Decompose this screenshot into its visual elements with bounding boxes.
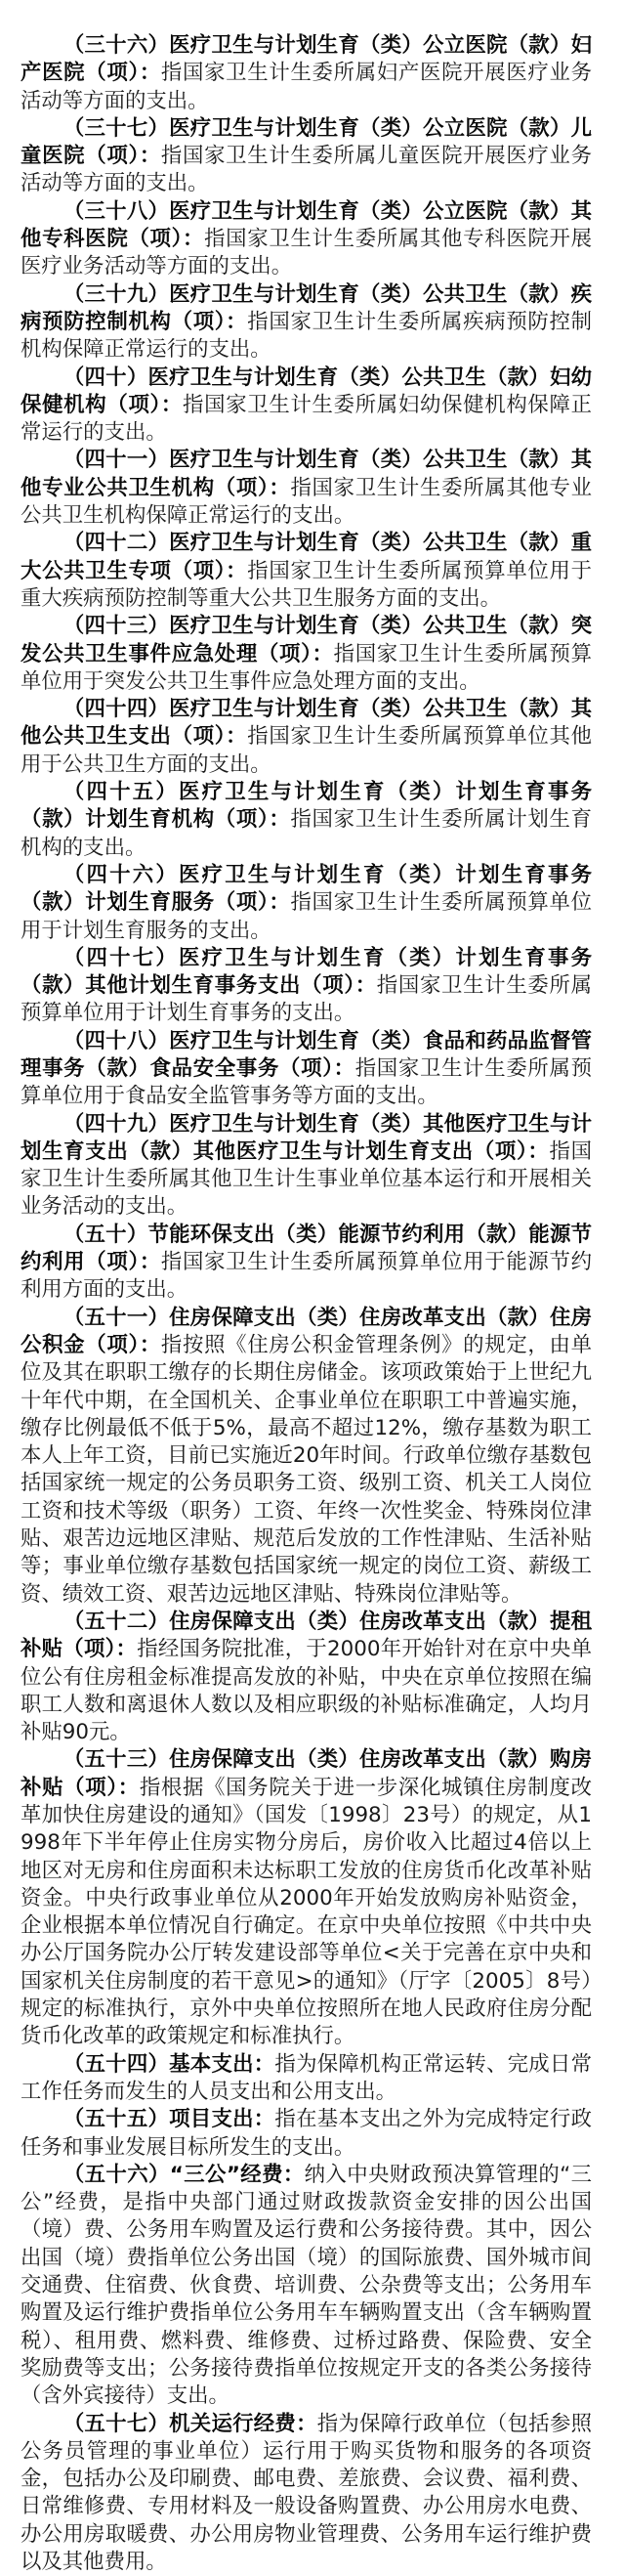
paragraph-38-other-specialty-hospital: （三十八）医疗卫生与计划生育（类）公立医院（款）其他专科医院（项）：指国家卫生计… <box>21 198 592 281</box>
document-body: （三十六）医疗卫生与计划生育（类）公立医院（款）妇产医院（项）：指国家卫生计生委… <box>21 32 592 2576</box>
paragraph-37-children-hospital: （三十七）医疗卫生与计划生育（类）公立医院（款）儿童医院（项）：指国家卫生计生委… <box>21 115 592 198</box>
paragraph-50-energy-conservation: （五十）节能环保支出（类）能源节约利用（款）能源节约利用（项）：指国家卫生计生委… <box>21 1222 592 1305</box>
paragraph-heading: （五十四）基本支出： <box>63 2052 275 2077</box>
paragraph-heading: （四十九）医疗卫生与计划生育（类）其他医疗卫生与计划生育支出（款）其他医疗卫生与… <box>21 1112 592 1164</box>
paragraph-52-rent-subsidy: （五十二）住房保障支出（类）住房改革支出（款）提租补贴（项）：指经国务院批准，于… <box>21 1609 592 1746</box>
paragraph-48-food-safety: （四十八）医疗卫生与计划生育（类）食品和药品监督管理事务（款）食品安全事务（项）… <box>21 1028 592 1111</box>
paragraph-heading: （五十七）机关运行经费： <box>63 2412 317 2436</box>
paragraph-39-disease-control: （三十九）医疗卫生与计划生育（类）公共卫生（款）疾病预防控制机构（项）：指国家卫… <box>21 281 592 365</box>
paragraph-45-family-planning-institutions: （四十五）医疗卫生与计划生育（类）计划生育事务（款）计划生育机构（项）：指国家卫… <box>21 779 592 862</box>
paragraph-heading: （五十五）项目支出： <box>63 2107 275 2131</box>
paragraph-53-housing-purchase-subsidy: （五十三）住房保障支出（类）住房改革支出（款）购房补贴（项）：指根据《国务院关于… <box>21 1746 592 2050</box>
paragraph-51-housing-provident-fund: （五十一）住房保障支出（类）住房改革支出（款）住房公积金（项）：指按照《住房公积… <box>21 1305 592 1609</box>
paragraph-42-major-public-health: （四十二）医疗卫生与计划生育（类）公共卫生（款）重大公共卫生专项（项）：指国家卫… <box>21 530 592 613</box>
paragraph-40-maternal-child-health: （四十）医疗卫生与计划生育（类）公共卫生（款）妇幼保健机构（项）：指国家卫生计生… <box>21 365 592 448</box>
paragraph-text: 纳入中央财政预决算管理的“三公”经费，是指中央部门通过财政拨款资金安排的因公出国… <box>21 2163 592 2408</box>
paragraph-56-three-public-expenses: （五十六）“三公”经费：纳入中央财政预决算管理的“三公”经费，是指中央部门通过财… <box>21 2162 592 2411</box>
paragraph-57-agency-operating-expenses: （五十七）机关运行经费：指为保障行政单位（包括参照公务员管理的事业单位）运行用于… <box>21 2411 592 2576</box>
paragraph-46-family-planning-services: （四十六）医疗卫生与计划生育（类）计划生育事务（款）计划生育服务（项）：指国家卫… <box>21 862 592 945</box>
paragraph-text: 指根据《国务院关于进一步深化城镇住房制度改革加快住房建设的通知》（国发〔1998… <box>21 1776 592 2049</box>
paragraph-55-project-expenditure: （五十五）项目支出：指在基本支出之外为完成特定行政任务和事业发展目标所发生的支出… <box>21 2106 592 2162</box>
paragraph-36-maternity-hospital: （三十六）医疗卫生与计划生育（类）公立医院（款）妇产医院（项）：指国家卫生计生委… <box>21 32 592 115</box>
paragraph-49-other-health-expenditure: （四十九）医疗卫生与计划生育（类）其他医疗卫生与计划生育支出（款）其他医疗卫生与… <box>21 1111 592 1222</box>
paragraph-54-basic-expenditure: （五十四）基本支出：指为保障机构正常运转、完成日常工作任务而发生的人员支出和公用… <box>21 2051 592 2107</box>
paragraph-44-other-public-health: （四十四）医疗卫生与计划生育（类）公共卫生（款）其他公共卫生支出（项）：指国家卫… <box>21 696 592 779</box>
paragraph-47-other-family-planning: （四十七）医疗卫生与计划生育（类）计划生育事务（款）其他计划生育事务支出（项）：… <box>21 945 592 1028</box>
paragraph-43-public-health-emergency: （四十三）医疗卫生与计划生育（类）公共卫生（款）突发公共卫生事件应急处理（项）：… <box>21 613 592 696</box>
paragraph-text: 指按照《住房公积金管理条例》的规定，由单位及其在职职工缴存的长期住房储金。该项政… <box>21 1333 592 1607</box>
paragraph-heading: （五十六）“三公”经费： <box>63 2163 305 2187</box>
paragraph-41-other-public-health-institutions: （四十一）医疗卫生与计划生育（类）公共卫生（款）其他专业公共卫生机构（项）：指国… <box>21 447 592 530</box>
